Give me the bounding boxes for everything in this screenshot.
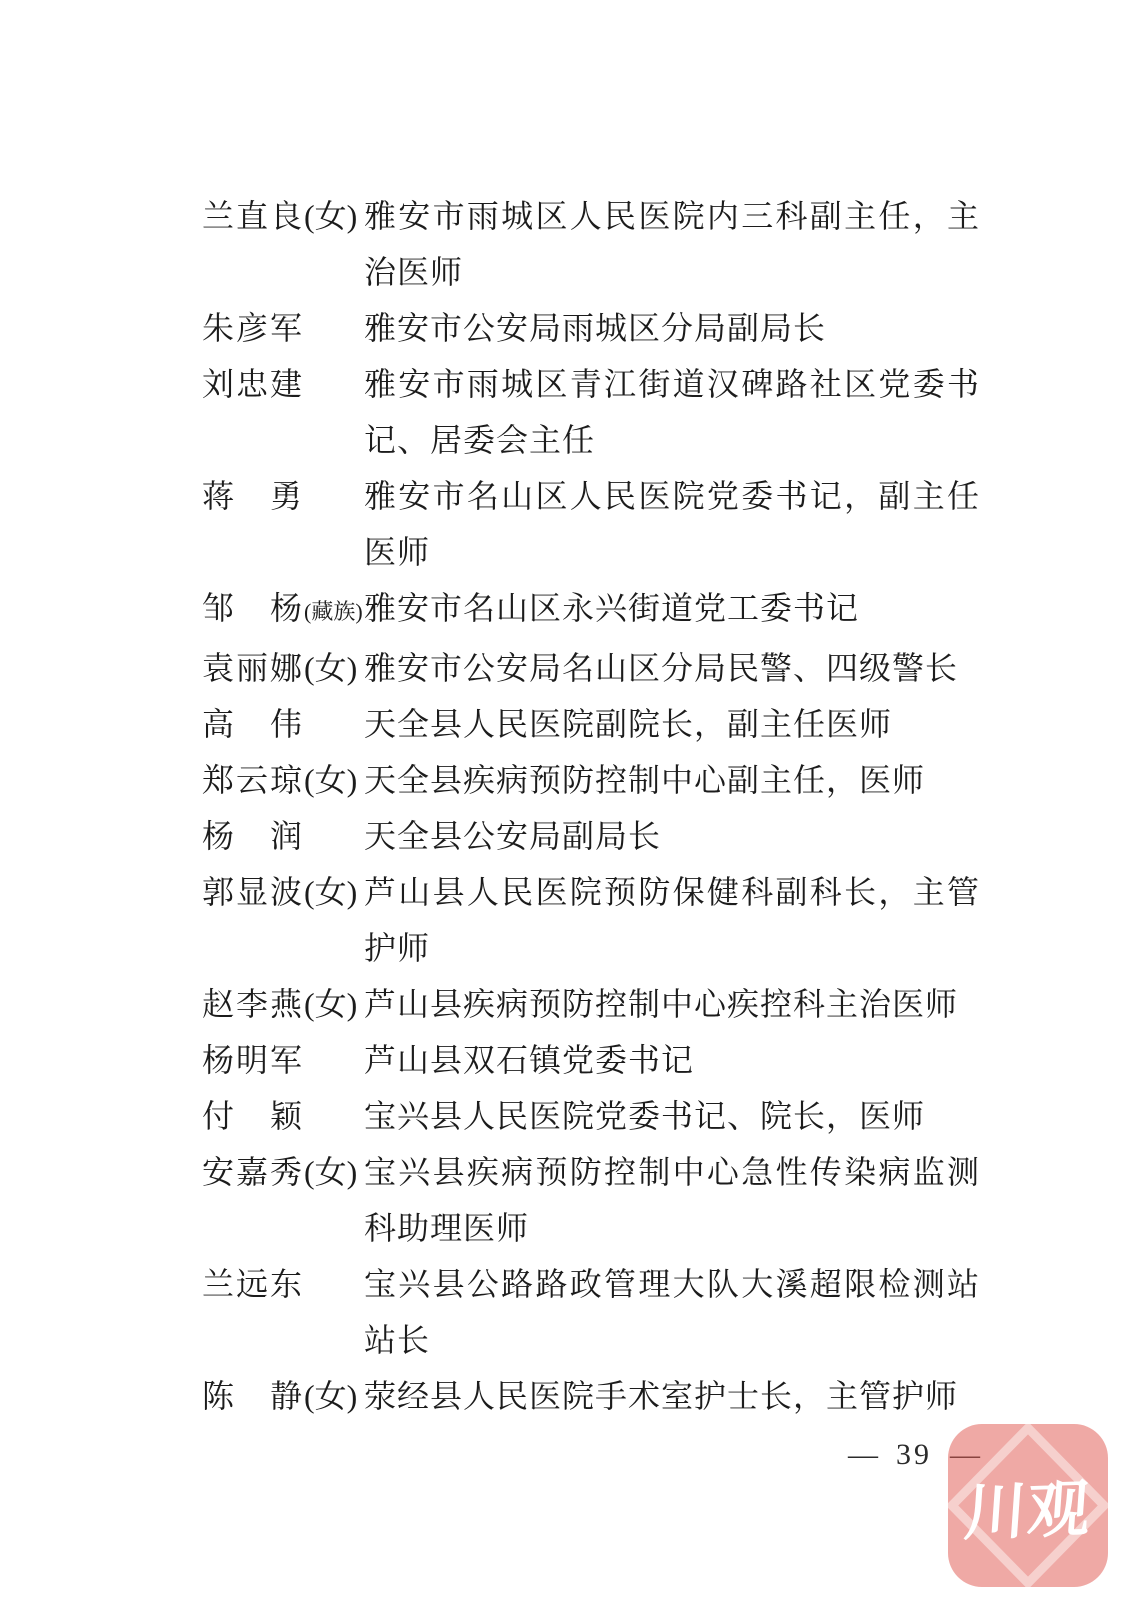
list-item: 郑云琼(女)天全县疾病预防控制中心副主任，医师 <box>202 752 980 808</box>
chuanguan-watermark: 川观 <box>948 1424 1108 1587</box>
person-name-suffix: (藏族) <box>304 599 363 624</box>
person-name-text: 陈 静 <box>202 1378 304 1414</box>
person-name-text: 刘忠建 <box>202 366 304 402</box>
person-name: 郑云琼(女) <box>202 752 364 808</box>
person-name: 陈 静(女) <box>202 1368 364 1424</box>
person-title: 宝兴县人民医院党委书记、院长，医师 <box>364 1088 980 1144</box>
person-name-text: 袁丽娜 <box>202 650 304 686</box>
watermark-label: 川观 <box>948 1424 1108 1587</box>
person-name-text: 杨明军 <box>202 1042 304 1078</box>
person-name: 杨明军 <box>202 1032 364 1088</box>
list-item: 兰远东宝兴县公路路政管理大队大溪超限检测站站长 <box>202 1256 980 1368</box>
list-item: 刘忠建雅安市雨城区青江街道汉碑路社区党委书记、居委会主任 <box>202 356 980 468</box>
person-title: 雅安市名山区永兴街道党工委书记 <box>364 580 980 636</box>
person-name: 付 颖 <box>202 1088 364 1144</box>
person-name-text: 邹 杨 <box>202 590 304 626</box>
person-name: 袁丽娜(女) <box>202 640 364 696</box>
person-title: 天全县疾病预防控制中心副主任，医师 <box>364 752 980 808</box>
person-title: 荥经县人民医院手术室护士长，主管护师 <box>364 1368 980 1424</box>
person-title: 雅安市公安局雨城区分局副局长 <box>364 300 980 356</box>
person-name-text: 杨 润 <box>202 818 304 854</box>
person-title: 宝兴县疾病预防控制中心急性传染病监测科助理医师 <box>364 1144 980 1256</box>
person-title: 宝兴县公路路政管理大队大溪超限检测站站长 <box>364 1256 980 1368</box>
person-title: 芦山县双石镇党委书记 <box>364 1032 980 1088</box>
list-item: 兰直良(女)雅安市雨城区人民医院内三科副主任，主治医师 <box>202 188 980 300</box>
person-name: 杨 润 <box>202 808 364 864</box>
list-item: 付 颖宝兴县人民医院党委书记、院长，医师 <box>202 1088 980 1144</box>
person-name-suffix: (女) <box>304 874 357 910</box>
person-title: 雅安市雨城区人民医院内三科副主任，主治医师 <box>364 188 980 300</box>
person-title: 天全县人民医院副院长，副主任医师 <box>364 696 980 752</box>
person-name-suffix: (女) <box>304 198 357 234</box>
document-page: 兰直良(女)雅安市雨城区人民医院内三科副主任，主治医师朱彦军雅安市公安局雨城区分… <box>0 0 1124 1600</box>
person-title: 芦山县疾病预防控制中心疾控科主治医师 <box>364 976 980 1032</box>
list-item: 邹 杨(藏族)雅安市名山区永兴街道党工委书记 <box>202 580 980 640</box>
person-name: 高 伟 <box>202 696 364 752</box>
person-title: 天全县公安局副局长 <box>364 808 980 864</box>
person-name-text: 安嘉秀 <box>202 1154 304 1190</box>
person-name-suffix: (女) <box>304 986 357 1022</box>
person-name-text: 郑云琼 <box>202 762 304 798</box>
person-name: 安嘉秀(女) <box>202 1144 364 1200</box>
person-name-text: 兰远东 <box>202 1266 304 1302</box>
list-item: 安嘉秀(女)宝兴县疾病预防控制中心急性传染病监测科助理医师 <box>202 1144 980 1256</box>
person-name: 朱彦军 <box>202 300 364 356</box>
person-name-text: 蒋 勇 <box>202 478 304 514</box>
list-item: 赵李燕(女)芦山县疾病预防控制中心疾控科主治医师 <box>202 976 980 1032</box>
person-name-suffix: (女) <box>304 1154 357 1190</box>
person-name-text: 兰直良 <box>202 198 304 234</box>
person-name-text: 赵李燕 <box>202 986 304 1022</box>
person-name-text: 朱彦军 <box>202 310 304 346</box>
footer-dash-left: — <box>848 1438 878 1472</box>
person-name-suffix: (女) <box>304 762 357 798</box>
list-item: 蒋 勇雅安市名山区人民医院党委书记，副主任医师 <box>202 468 980 580</box>
person-title: 雅安市名山区人民医院党委书记，副主任医师 <box>364 468 980 580</box>
list-item: 杨 润天全县公安局副局长 <box>202 808 980 864</box>
list-item: 高 伟天全县人民医院副院长，副主任医师 <box>202 696 980 752</box>
person-title: 雅安市公安局名山区分局民警、四级警长 <box>364 640 980 696</box>
person-name: 兰远东 <box>202 1256 364 1312</box>
list-item: 陈 静(女)荥经县人民医院手术室护士长，主管护师 <box>202 1368 980 1424</box>
person-name: 赵李燕(女) <box>202 976 364 1032</box>
list-item: 郭显波(女)芦山县人民医院预防保健科副科长，主管护师 <box>202 864 980 976</box>
person-name-suffix: (女) <box>304 1378 357 1414</box>
person-name-text: 郭显波 <box>202 874 304 910</box>
person-name-suffix: (女) <box>304 650 357 686</box>
page-number: 39 <box>896 1438 932 1472</box>
list-item: 杨明军芦山县双石镇党委书记 <box>202 1032 980 1088</box>
person-name: 刘忠建 <box>202 356 364 412</box>
person-name: 邹 杨(藏族) <box>202 580 364 640</box>
person-name: 兰直良(女) <box>202 188 364 244</box>
person-title: 芦山县人民医院预防保健科副科长，主管护师 <box>364 864 980 976</box>
person-name: 蒋 勇 <box>202 468 364 524</box>
person-name-text: 高 伟 <box>202 706 304 742</box>
person-title: 雅安市雨城区青江街道汉碑路社区党委书记、居委会主任 <box>364 356 980 468</box>
award-list: 兰直良(女)雅安市雨城区人民医院内三科副主任，主治医师朱彦军雅安市公安局雨城区分… <box>202 188 980 1424</box>
list-item: 袁丽娜(女)雅安市公安局名山区分局民警、四级警长 <box>202 640 980 696</box>
list-item: 朱彦军雅安市公安局雨城区分局副局长 <box>202 300 980 356</box>
person-name: 郭显波(女) <box>202 864 364 920</box>
person-name-text: 付 颖 <box>202 1098 304 1134</box>
